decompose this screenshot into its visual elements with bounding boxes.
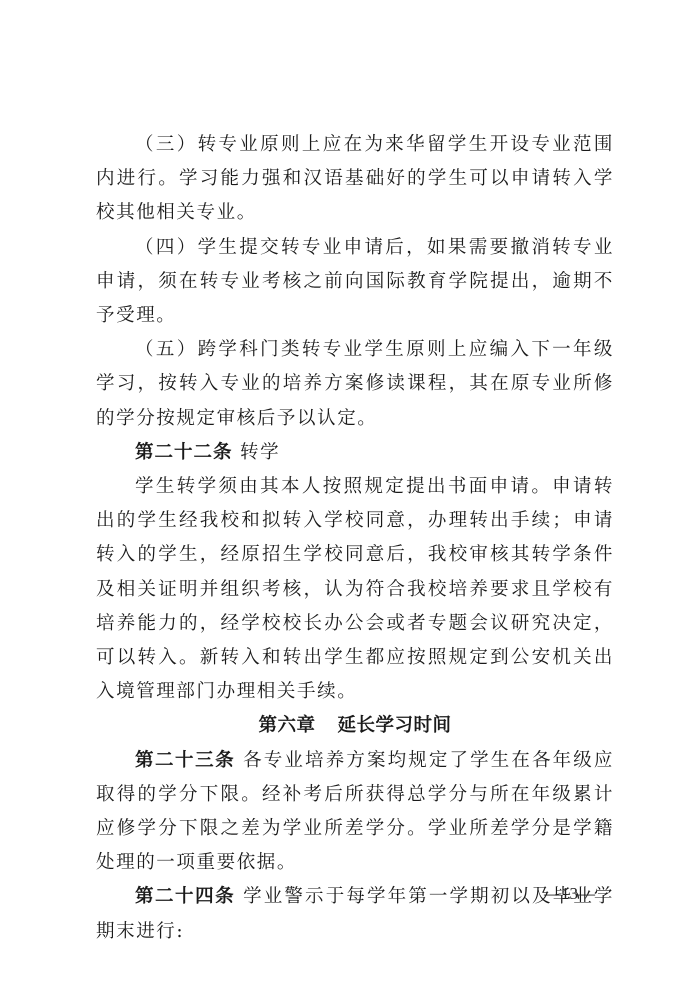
paragraph-item-4: （四）学生提交转专业申请后，如果需要撤消转专业申请，须在转专业考核之前向国际教育… xyxy=(96,231,614,334)
article-23: 第二十三条 各专业培养方案均规定了学生在各年级应取得的学分下限。经补考后所获得总… xyxy=(96,744,614,881)
chapter-heading: 第六章延长学习时间 xyxy=(96,709,614,743)
document-page: （三）转专业原则上应在为来华留学生开设专业范围内进行。学习能力强和汉语基础好的学… xyxy=(0,0,699,989)
chapter-number: 第六章 xyxy=(258,715,315,736)
article-22-title: 转学 xyxy=(240,442,280,463)
article-22-heading: 第二十二条 转学 xyxy=(96,436,614,470)
page-number: —13— xyxy=(544,884,595,904)
article-23-label: 第二十三条 xyxy=(135,750,235,771)
article-22-label: 第二十二条 xyxy=(135,442,233,463)
paragraph-item-5: （五）跨学科门类转专业学生原则上应编入下一年级学习，按转入专业的培养方案修读课程… xyxy=(96,333,614,436)
chapter-title: 延长学习时间 xyxy=(338,715,452,736)
page-content: （三）转专业原则上应在为来华留学生开设专业范围内进行。学习能力强和汉语基础好的学… xyxy=(96,128,614,949)
paragraph-item-3: （三）转专业原则上应在为来华留学生开设专业范围内进行。学习能力强和汉语基础好的学… xyxy=(96,128,614,231)
article-24: 第二十四条 学业警示于每学年第一学期初以及毕业学期末进行: xyxy=(96,880,614,948)
article-24-label: 第二十四条 xyxy=(135,886,235,907)
article-22-body: 学生转学须由其本人按照规定提出书面申请。申请转出的学生经我校和拟转入学校同意，办… xyxy=(96,470,614,709)
